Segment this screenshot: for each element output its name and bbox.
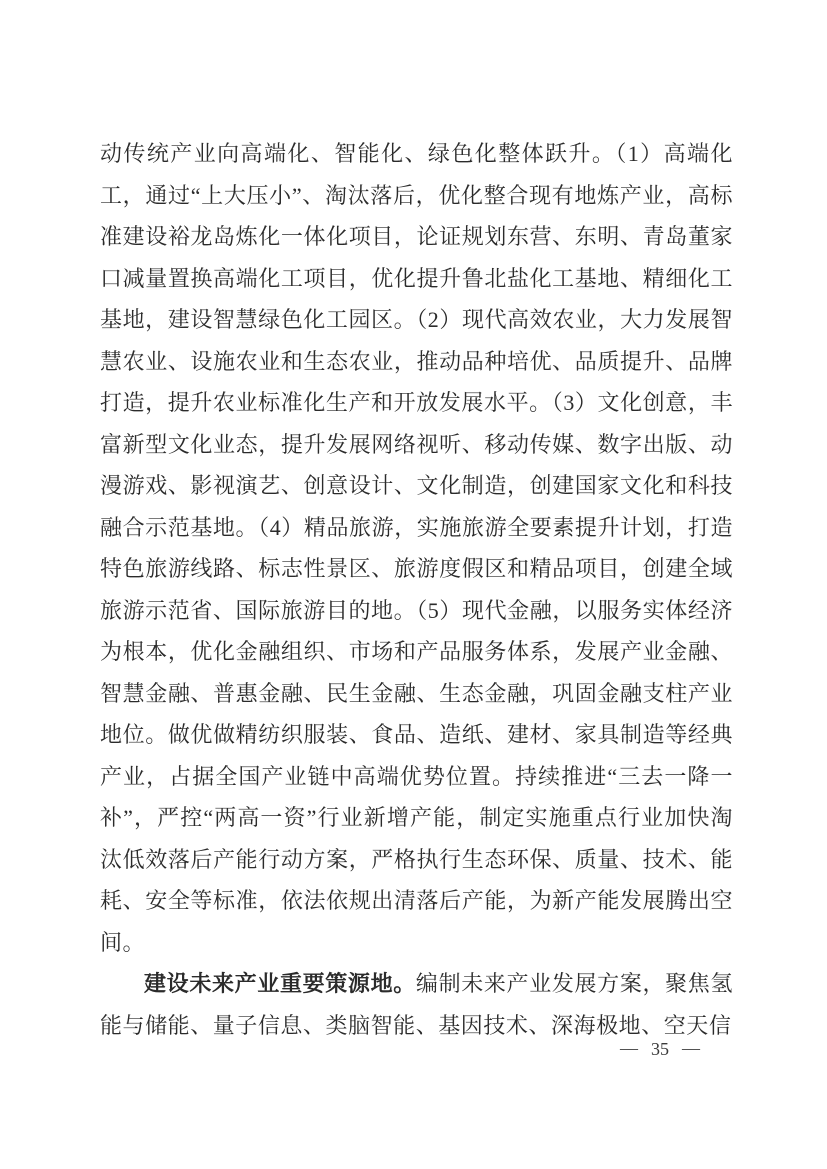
paragraph-lead-bold: 建设未来产业重要策源地。 [144, 971, 416, 996]
page-number-left-dash: — [620, 1037, 638, 1059]
document-body: 动传统产业向高端化、智能化、绿色化整体跃升。（1）高端化工，通过“上大压小”、淘… [100, 133, 733, 1046]
page-number-right-dash: — [682, 1037, 700, 1059]
paragraph-continuation: 动传统产业向高端化、智能化、绿色化整体跃升。（1）高端化工，通过“上大压小”、淘… [100, 133, 733, 963]
page-number: 35 [651, 1038, 669, 1060]
paragraph-future-industries: 建设未来产业重要策源地。编制未来产业发展方案，聚焦氢能与储能、量子信息、类脑智能… [100, 963, 733, 1046]
page-footer: — 35 — [620, 1038, 700, 1060]
document-page: 动传统产业向高端化、智能化、绿色化整体跃升。（1）高端化工，通过“上大压小”、淘… [0, 0, 827, 1169]
